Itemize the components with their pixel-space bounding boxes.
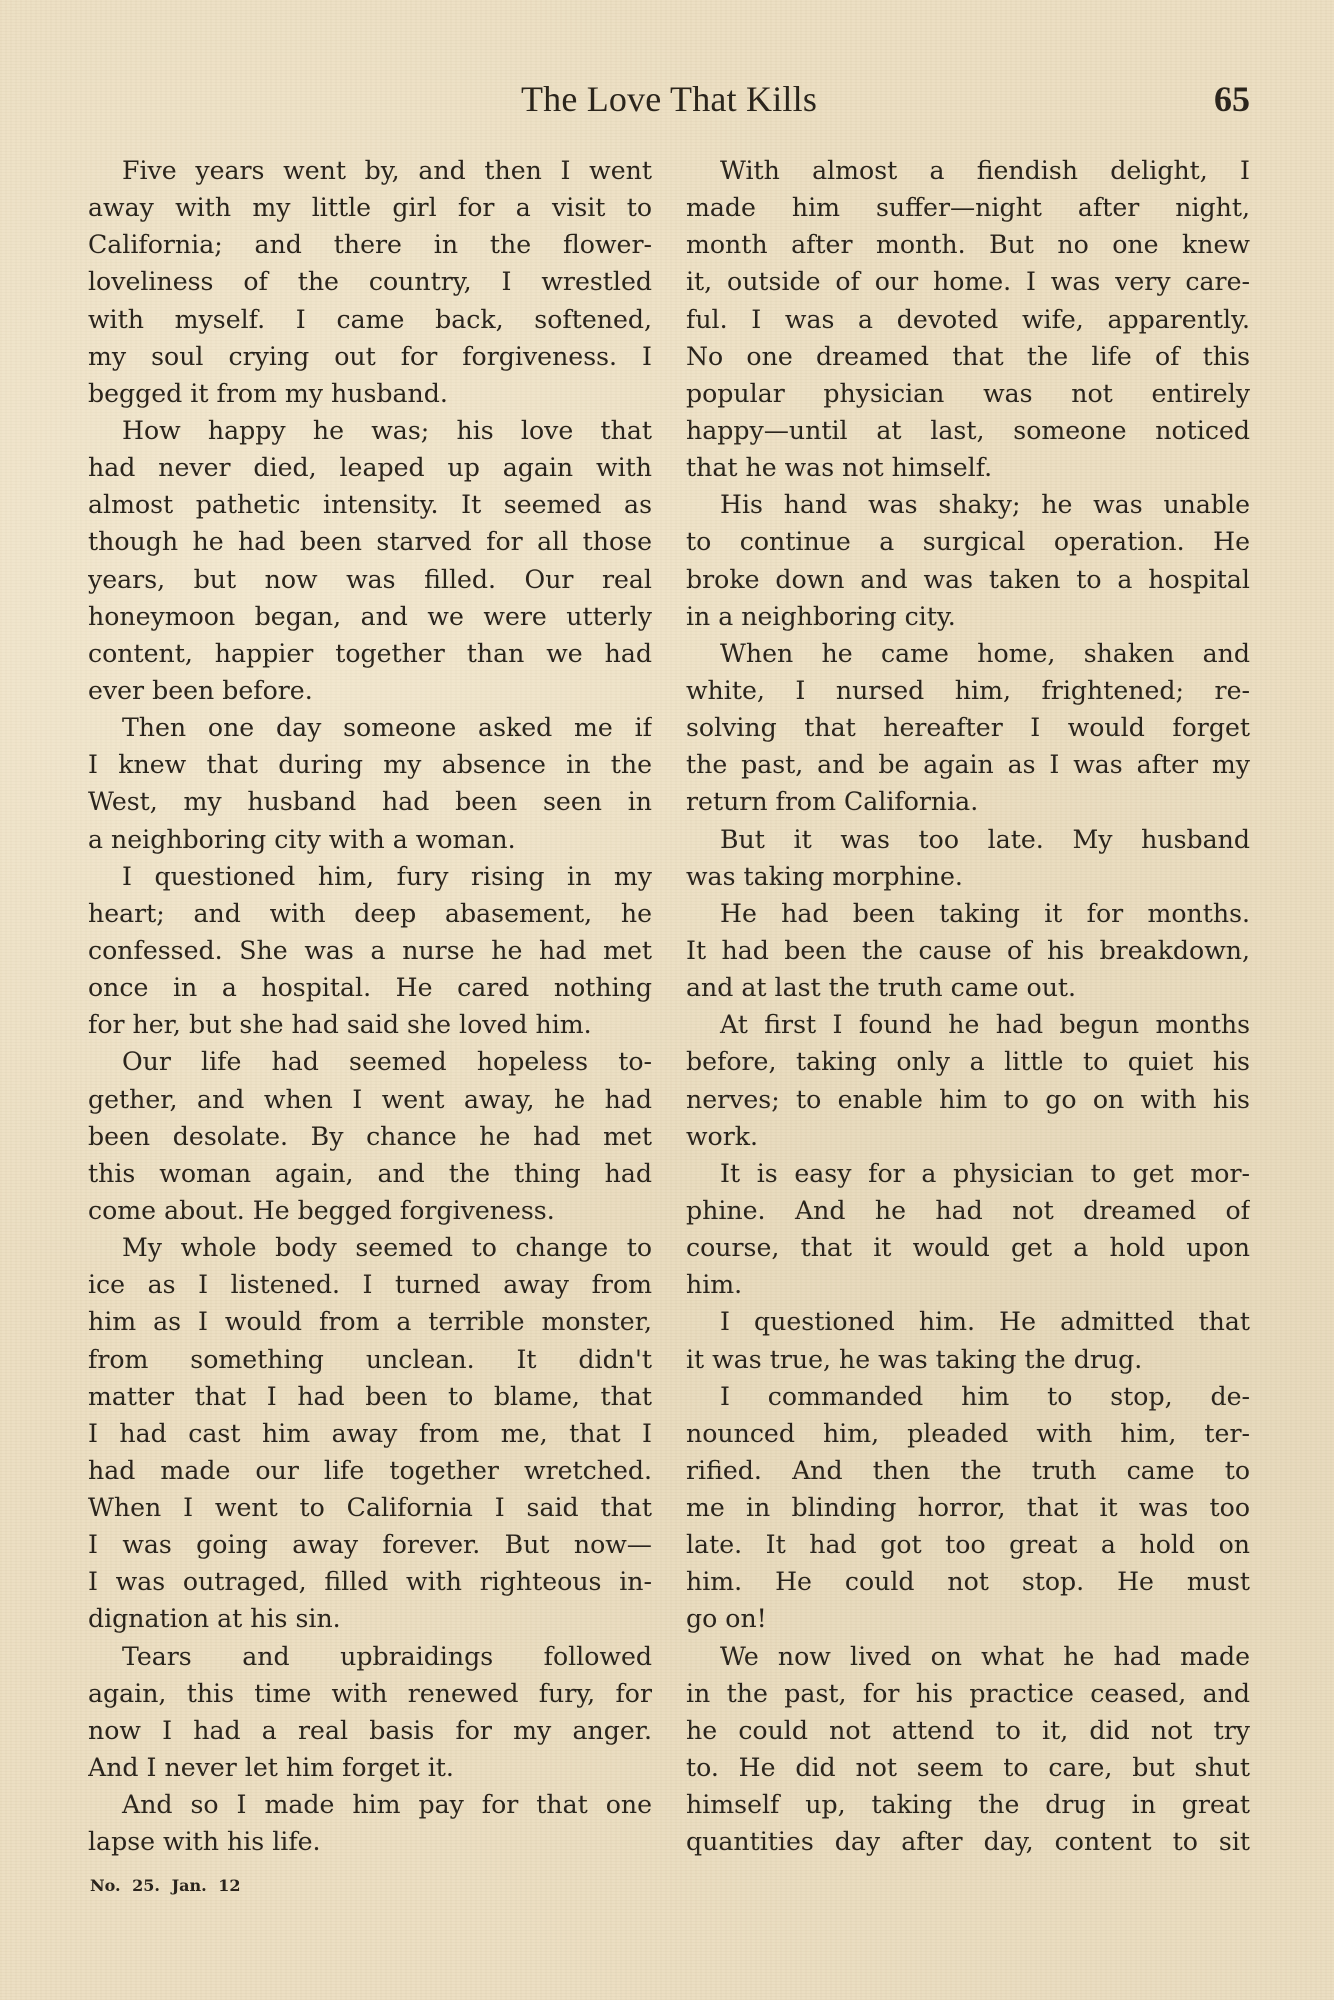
text-line: nounced him, pleaded with him, ter- <box>686 1415 1250 1452</box>
text-line: white, I nursed him, frightened; re- <box>686 672 1250 709</box>
page-number: 65 <box>1214 78 1250 120</box>
text-line: now I had a real basis for my anger. <box>88 1712 652 1749</box>
text-line: I commanded him to stop, de- <box>686 1378 1250 1415</box>
text-line: late. It had got too great a hold on <box>686 1526 1250 1563</box>
issue-footer-mark: No. 25. Jan. 12 <box>90 1876 241 1895</box>
text-line: No one dreamed that the life of this <box>686 338 1250 375</box>
text-line: it was true, he was taking the drug. <box>686 1341 1250 1378</box>
text-line: once in a hospital. He cared nothing <box>88 969 652 1006</box>
text-line: matter that I had been to blame, that <box>88 1378 652 1415</box>
text-line: my soul crying out for forgiveness. I <box>88 338 652 375</box>
text-line: made him suffer—night after night, <box>686 189 1250 226</box>
text-line: I was outraged, filled with righteous in… <box>88 1563 652 1600</box>
text-line: content, happier together than we had <box>88 635 652 672</box>
text-line: lapse with his life. <box>88 1823 652 1860</box>
text-line: ful. I was a devoted wife, apparently. <box>686 301 1250 338</box>
text-line: years, but now was filled. Our real <box>88 561 652 598</box>
text-line: broke down and was taken to a hospital <box>686 561 1250 598</box>
text-line: My whole body seemed to change to <box>88 1229 652 1266</box>
text-line: And I never let him forget it. <box>88 1749 652 1786</box>
text-line: for her, but she had said she loved him. <box>88 1006 652 1043</box>
text-line: before, taking only a little to quiet hi… <box>686 1043 1250 1080</box>
text-line: it, outside of our home. I was very care… <box>686 263 1250 300</box>
text-line: had never died, leaped up again with <box>88 449 652 486</box>
text-line: course, that it would get a hold upon <box>686 1229 1250 1266</box>
text-line: from something unclean. It didn't <box>88 1341 652 1378</box>
text-line: We now lived on what he had made <box>686 1638 1250 1675</box>
text-line: this woman again, and the thing had <box>88 1155 652 1192</box>
text-line: loveliness of the country, I wrestled <box>88 263 652 300</box>
text-line: a neighboring city with a woman. <box>88 821 652 858</box>
text-line: I questioned him, fury rising in my <box>88 858 652 895</box>
text-line: quantities day after day, content to sit <box>686 1823 1250 1860</box>
text-line: rified. And then the truth came to <box>686 1452 1250 1489</box>
text-line: away with my little girl for a visit to <box>88 189 652 226</box>
text-line: happy—until at last, someone noticed <box>686 412 1250 449</box>
text-line: And so I made him pay for that one <box>88 1786 652 1823</box>
text-line: the past, and be again as I was after my <box>686 746 1250 783</box>
text-line: phine. And he had not dreamed of <box>686 1192 1250 1229</box>
text-line: ever been before. <box>88 672 652 709</box>
text-line: in the past, for his practice ceased, an… <box>686 1675 1250 1712</box>
text-line: come about. He begged forgiveness. <box>88 1192 652 1229</box>
text-column-right: With almost a fiendish delight, Imade hi… <box>686 152 1250 1860</box>
text-line: Five years went by, and then I went <box>88 152 652 189</box>
text-column-left: Five years went by, and then I wentaway … <box>88 152 652 1860</box>
text-line: to. He did not seem to care, but shut <box>686 1749 1250 1786</box>
text-line: nerves; to enable him to go on with his <box>686 1081 1250 1118</box>
text-line: honeymoon began, and we were utterly <box>88 598 652 635</box>
text-line: It is easy for a physician to get mor- <box>686 1155 1250 1192</box>
text-line: though he had been starved for all those <box>88 523 652 560</box>
text-line: Then one day someone asked me if <box>88 709 652 746</box>
text-line: With almost a fiendish delight, I <box>686 152 1250 189</box>
text-line: been desolate. By chance he had met <box>88 1118 652 1155</box>
text-line: When he came home, shaken and <box>686 635 1250 672</box>
text-line: heart; and with deep abasement, he <box>88 895 652 932</box>
text-line: him. He could not stop. He must <box>686 1563 1250 1600</box>
text-line: that he was not himself. <box>686 449 1250 486</box>
text-line: again, this time with renewed fury, for <box>88 1675 652 1712</box>
text-line: himself up, taking the drug in great <box>686 1786 1250 1823</box>
text-line: with myself. I came back, softened, <box>88 301 652 338</box>
text-line: was taking morphine. <box>686 858 1250 895</box>
text-line: gether, and when I went away, he had <box>88 1081 652 1118</box>
text-line: almost pathetic intensity. It seemed as <box>88 486 652 523</box>
text-line: I had cast him away from me, that I <box>88 1415 652 1452</box>
text-line: I questioned him. He admitted that <box>686 1303 1250 1340</box>
text-line: It had been the cause of his breakdown, <box>686 932 1250 969</box>
text-line: in a neighboring city. <box>686 598 1250 635</box>
running-head: The Love That Kills 65 <box>88 78 1250 128</box>
text-line: go on! <box>686 1600 1250 1637</box>
text-line: begged it from my husband. <box>88 375 652 412</box>
text-line: had made our life together wretched. <box>88 1452 652 1489</box>
text-line: solving that hereafter I would forget <box>686 709 1250 746</box>
text-line: He had been taking it for months. <box>686 895 1250 932</box>
text-line: California; and there in the flower- <box>88 226 652 263</box>
text-line: him as I would from a terrible monster, <box>88 1303 652 1340</box>
text-line: At first I found he had begun months <box>686 1006 1250 1043</box>
text-line: Our life had seemed hopeless to- <box>88 1043 652 1080</box>
text-line: to continue a surgical operation. He <box>686 523 1250 560</box>
text-line: popular physician was not entirely <box>686 375 1250 412</box>
book-page: The Love That Kills 65 Five years went b… <box>0 0 1334 2000</box>
text-line: return from California. <box>686 783 1250 820</box>
text-line: His hand was shaky; he was unable <box>686 486 1250 523</box>
text-line: How happy he was; his love that <box>88 412 652 449</box>
text-line: ice as I listened. I turned away from <box>88 1266 652 1303</box>
text-line: West, my husband had been seen in <box>88 783 652 820</box>
text-line: he could not attend to it, did not try <box>686 1712 1250 1749</box>
text-line: work. <box>686 1118 1250 1155</box>
text-line: and at last the truth came out. <box>686 969 1250 1006</box>
text-line: me in blinding horror, that it was too <box>686 1489 1250 1526</box>
text-line: dignation at his sin. <box>88 1600 652 1637</box>
text-line: month after month. But no one knew <box>686 226 1250 263</box>
text-line: him. <box>686 1266 1250 1303</box>
text-line: confessed. She was a nurse he had met <box>88 932 652 969</box>
running-title: The Love That Kills <box>88 78 1250 120</box>
text-line: I was going away forever. But now— <box>88 1526 652 1563</box>
text-line: When I went to California I said that <box>88 1489 652 1526</box>
text-line: Tears and upbraidings followed <box>88 1638 652 1675</box>
text-line: I knew that during my absence in the <box>88 746 652 783</box>
text-line: But it was too late. My husband <box>686 821 1250 858</box>
